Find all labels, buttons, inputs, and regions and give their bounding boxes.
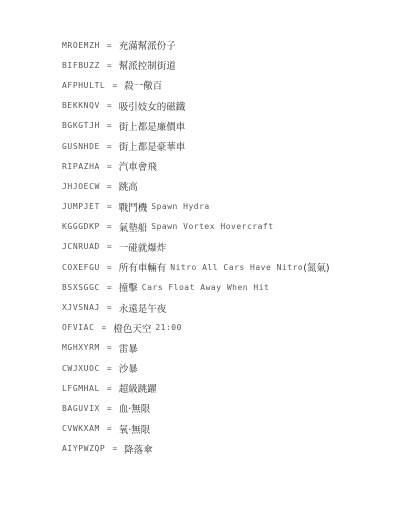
cheat-description-chinese: 橙色天空 [113, 321, 151, 335]
equals-separator: = [107, 41, 112, 50]
cheat-description-english: Spawn Hydra [151, 202, 209, 211]
cheat-list-item: RIPAZHA = 汽車會飛 [62, 156, 390, 176]
equals-separator: = [107, 121, 112, 130]
equals-separator: = [107, 222, 112, 231]
cheat-description-english: Nitro All Cars Have Nitro [170, 263, 303, 272]
cheat-list-item: BGKGTJH = 街上都是廉價車 [62, 116, 390, 136]
cheat-list-item: AIYPWZQP = 降落傘 [62, 439, 390, 459]
cheat-list-item: LFGMHAL = 超級跳躍 [62, 378, 390, 398]
cheat-code: BAGUVIX [62, 404, 100, 413]
equals-separator: = [107, 303, 112, 312]
equals-separator: = [107, 101, 112, 110]
cheat-list-item: GUSNHDE = 街上都是豪華車 [62, 136, 390, 156]
cheat-description-chinese: 撞擊 [119, 280, 138, 294]
cheat-list-item: BAGUVIX = 血·無限 [62, 398, 390, 418]
equals-separator: = [107, 404, 112, 413]
cheat-code: MGHXYRM [62, 343, 100, 352]
cheat-list-item: JHJOECW = 跳高 [62, 176, 390, 196]
cheat-code: AIYPWZQP [62, 444, 105, 453]
equals-separator: = [107, 384, 112, 393]
cheat-description-chinese: 殺一儆百 [124, 78, 162, 92]
cheat-list-item: COXEFGU = 所有車輛有 Nitro All Cars Have Nitr… [62, 257, 390, 277]
cheat-description-chinese: 血·無限 [119, 401, 151, 415]
cheat-description-chinese: 幫派控制街道 [119, 58, 176, 72]
cheat-code: GUSNHDE [62, 142, 100, 151]
cheat-description-chinese: 跳高 [119, 179, 138, 193]
cheat-code: BGKGTJH [62, 121, 100, 130]
cheat-description-chinese: 充滿幫派份子 [119, 38, 176, 52]
cheat-code: RIPAZHA [62, 162, 100, 171]
cheat-description-chinese: 永遠是午夜 [119, 301, 167, 315]
cheat-description-chinese: 街上都是廉價車 [119, 119, 186, 133]
cheat-code: OFVIAC [62, 323, 95, 332]
cheat-description-chinese: 氣墊船 [119, 220, 148, 234]
cheat-list-item: KGGGDKP = 氣墊船 Spawn Vortex Hovercraft [62, 217, 390, 237]
equals-separator: = [107, 162, 112, 171]
cheat-code: LFGMHAL [62, 384, 100, 393]
cheat-description-english: Spawn Vortex Hovercraft [151, 222, 273, 231]
cheat-description-suffix: (氮氣) [303, 260, 329, 274]
cheat-list-item: JCNRUAD = 一碰就爆炸 [62, 237, 390, 257]
equals-separator: = [107, 364, 112, 373]
cheat-list-item: BEKKNQV = 吸引妓女的磁鐵 [62, 96, 390, 116]
equals-separator: = [112, 444, 117, 453]
cheat-list-item: CWJXUOC = 沙暴 [62, 358, 390, 378]
cheat-description-chinese: 沙暴 [119, 361, 138, 375]
cheat-list-item: MROEMZH = 充滿幫派份子 [62, 35, 390, 55]
cheat-description-chinese: 氧·無限 [119, 422, 151, 436]
cheat-description-chinese: 吸引妓女的磁鐵 [119, 99, 186, 113]
cheat-list-item: BIFBUZZ = 幫派控制街道 [62, 55, 390, 75]
equals-separator: = [102, 323, 107, 332]
cheat-code: COXEFGU [62, 263, 100, 272]
cheat-code-list: MROEMZH = 充滿幫派份子 BIFBUZZ = 幫派控制街道 AFPHUL… [62, 35, 390, 459]
cheat-list-item: OFVIAC = 橙色天空 21:00 [62, 318, 390, 338]
cheat-code: KGGGDKP [62, 222, 100, 231]
cheat-description-chinese: 街上都是豪華車 [119, 139, 186, 153]
cheat-code: CWJXUOC [62, 364, 100, 373]
cheat-description-chinese: 汽車會飛 [119, 159, 157, 173]
equals-separator: = [107, 142, 112, 151]
cheat-code: AFPHULTL [62, 81, 105, 90]
cheat-description-chinese: 所有車輛有 [119, 260, 167, 274]
cheat-code: JUMPJET [62, 202, 100, 211]
cheat-code: BEKKNQV [62, 101, 100, 110]
equals-separator: = [112, 81, 117, 90]
cheat-description-chinese: 戰鬥機 [119, 200, 148, 214]
cheat-description-chinese: 超級跳躍 [119, 381, 157, 395]
cheat-code: JCNRUAD [62, 242, 100, 251]
cheat-description-english: 21:00 [155, 323, 182, 332]
cheat-code: BIFBUZZ [62, 61, 100, 70]
equals-separator: = [107, 263, 112, 272]
cheat-list-item: JUMPJET = 戰鬥機 Spawn Hydra [62, 197, 390, 217]
cheat-description-chinese: 雷暴 [119, 341, 138, 355]
cheat-description-chinese: 一碰就爆炸 [119, 240, 167, 254]
equals-separator: = [107, 182, 112, 191]
cheat-list-item: BSXSGGC = 撞擊 Cars Float Away When Hit [62, 277, 390, 297]
cheat-description-english: Cars Float Away When Hit [142, 283, 270, 292]
equals-separator: = [107, 343, 112, 352]
cheat-list-item: AFPHULTL = 殺一儆百 [62, 75, 390, 95]
cheat-list-item: CVWKXAM = 氧·無限 [62, 419, 390, 439]
cheat-code: JHJOECW [62, 182, 100, 191]
cheat-description-chinese: 降落傘 [124, 442, 153, 456]
cheat-code: BSXSGGC [62, 283, 100, 292]
cheat-list-item: XJVSNAJ = 永遠是午夜 [62, 297, 390, 317]
cheat-code: CVWKXAM [62, 424, 100, 433]
equals-separator: = [107, 283, 112, 292]
cheat-list-item: MGHXYRM = 雷暴 [62, 338, 390, 358]
equals-separator: = [107, 242, 112, 251]
cheat-code: MROEMZH [62, 41, 100, 50]
equals-separator: = [107, 61, 112, 70]
equals-separator: = [107, 424, 112, 433]
cheat-code-page: MROEMZH = 充滿幫派份子 BIFBUZZ = 幫派控制街道 AFPHUL… [0, 0, 400, 517]
cheat-code: XJVSNAJ [62, 303, 100, 312]
equals-separator: = [107, 202, 112, 211]
